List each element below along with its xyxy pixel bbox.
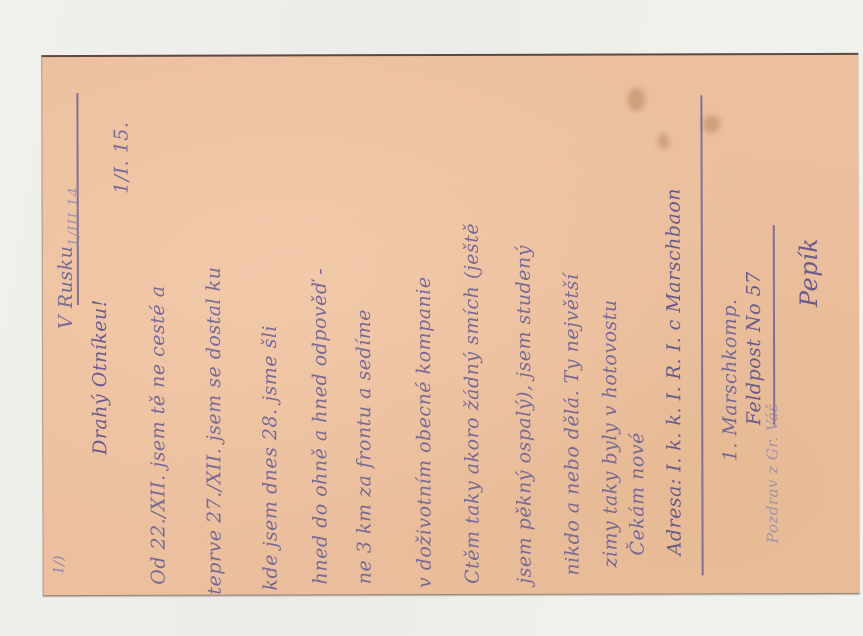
body-line: v doživotním obecné kompanie	[413, 276, 436, 588]
body-line: teprve 27./XII. jsem se dostal ku	[203, 267, 226, 595]
signature: Pepík	[795, 238, 823, 307]
body-line: ne 3 km za frontu a sedíme	[353, 309, 376, 584]
body-line: zimy taky byly v hotovostu	[599, 299, 622, 567]
address-line: 1. Marschkomp.	[719, 298, 741, 461]
place: V Rusku	[55, 246, 77, 329]
body-line: hned do ohně a hned odpověď -	[309, 268, 332, 584]
stain	[627, 87, 645, 111]
address-underline	[773, 225, 775, 425]
body-line: jsem pěkný ospalý), jsem studený	[513, 245, 536, 584]
stain	[658, 133, 670, 149]
body-line: Ctěm taky akoro žádný smích (ještě	[461, 223, 484, 584]
closing: Pozdrav z Gr. Váš	[763, 403, 781, 543]
body-line: nikdo a nebo dělá. Ty největší	[561, 274, 584, 576]
greeting: Drahý Otníkeu!	[89, 299, 111, 455]
body-line: kde jsem dnes 28. jsme šli	[259, 325, 282, 590]
address-line: Adresa: I. k. k. I. R. I. c Marschbaon	[663, 188, 686, 555]
address-line: Feldpost No 57	[743, 271, 765, 425]
struck-header: 1/III 14	[65, 187, 83, 247]
corner-mark: 1/)	[51, 555, 67, 574]
date: 1/I. 15.	[110, 122, 132, 194]
stain	[702, 115, 720, 133]
body-line: Od 22./XII. jsem tě ne cesté a	[147, 285, 170, 584]
body-line: Čekám nové	[626, 432, 648, 555]
postcard: 1/III 14 V Rusku Drahý Otníkeu! 1/I. 15.…	[41, 53, 859, 596]
address-rule	[700, 95, 703, 575]
